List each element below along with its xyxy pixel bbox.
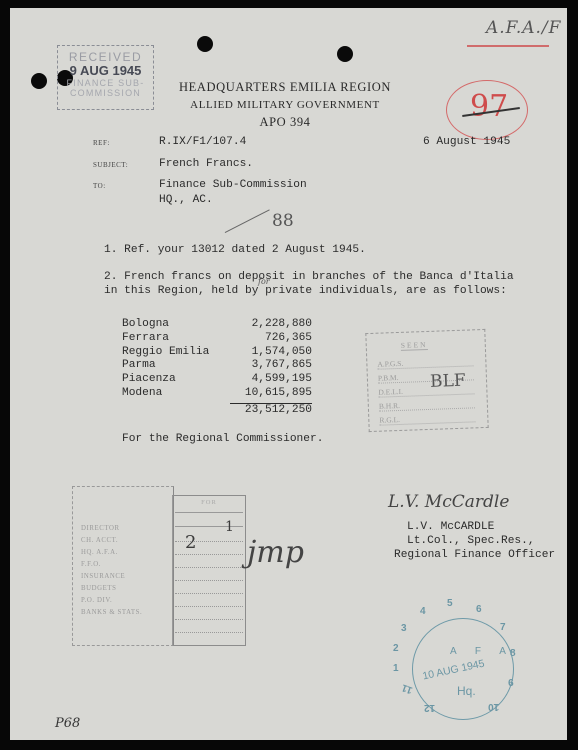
place: Modena [122,387,162,401]
routing-item: F.F.O. [81,561,101,568]
dial-number: 1 [393,663,399,674]
dial-number: 12 [424,702,435,713]
handwritten-correction: for [258,277,270,286]
table-row: Piacenza4,599,195 [122,373,312,387]
place: Ferrara [122,332,169,346]
rule [175,580,243,581]
seen-stamp-title: SEEN [401,340,428,351]
place: Bologna [122,318,169,332]
total-row: 23,512,250 [122,404,312,418]
place: Piacenza [122,373,176,387]
header-line-1: HEADQUARTERS EMILIA REGION [150,80,420,95]
handwritten-ref-number: 88 [272,211,294,231]
amount: 1,574,050 [252,346,312,360]
handwritten-signature: L.V. McCardle [388,492,509,512]
signature-block: L.V. McCARDLE Lt.Col., Spec.Res., Region… [394,520,555,562]
paragraph-2-line-2: in this Region, held by private individu… [104,285,507,297]
dial-number: 4 [420,606,426,617]
routing-item: DIRECTOR [81,525,120,532]
for-label: FOR [173,499,245,506]
circled-number: 97 [470,89,508,124]
amount: 4,599,195 [252,373,312,387]
amount: 2,228,880 [252,318,312,332]
pointer-line [225,209,270,233]
received-stamp-dept2: COMMISSION [58,88,153,98]
to-line-2: HQ., AC. [159,194,213,206]
table-row: Ferrara726,365 [122,332,312,346]
seen-stamp-item: R.G.L. [379,412,475,425]
rule [175,619,243,620]
amount: 3,767,865 [252,359,312,373]
received-stamp-date: 9 AUG 1945 [58,63,153,78]
signatory-name: L.V. McCARDLE [394,520,555,534]
rule [175,567,243,568]
to-label: TO: [93,182,106,190]
circular-stamp-place: Hq. [457,684,476,698]
punch-hole [337,46,353,62]
ref-label: REF: [93,139,110,147]
amount: 726,365 [265,332,312,346]
closing-line: For the Regional Commissioner. [122,433,323,445]
amount: 10,615,895 [245,387,312,401]
header-line-2: ALLIED MILITARY GOVERNMENT [150,99,420,111]
table-row: Bologna2,228,880 [122,318,312,332]
routing-item: BANKS & STATS. [81,609,142,616]
subject-label: SUBJECT: [93,161,128,169]
dial-number: 3 [401,623,407,634]
letter-date: 6 August 1945 [423,136,510,148]
paragraph-1: 1. Ref. your 13012 dated 2 August 1945. [104,244,366,256]
to-line-1: Finance Sub-Commission [159,179,307,191]
routing-initials: jmp [247,535,304,570]
received-stamp: RECEIVED 9 AUG 1945 FINANCE SUB- COMMISS… [57,45,154,110]
routing-item: HQ. A.F.A. [81,549,118,556]
seen-stamp-item: B.H.R. [379,398,475,411]
seen-stamp: SEEN A.P.G.S. P.B.M. D.E.L.I. B.H.R. R.G… [365,329,488,432]
dial-number: 2 [393,643,399,654]
pencil-note: P68 [55,716,80,731]
routing-item: CH. ACCT. [81,537,118,544]
table-row: Reggio Emilia1,574,050 [122,346,312,360]
red-underline [467,45,549,47]
routing-number: 1 [225,519,234,535]
routing-number: 2 [185,532,196,553]
seen-stamp-item: A.P.G.S. [377,356,473,369]
received-stamp-dept: FINANCE SUB- [58,78,153,88]
rule [175,512,243,513]
dial-number: 6 [476,604,482,615]
circular-stamp-org: A F A [450,646,514,657]
routing-for-column: FOR 2 1 [172,495,246,646]
dial-number: 7 [500,622,506,633]
rule [175,606,243,607]
routing-item: BUDGETS [81,585,117,592]
routing-item: P.O. DIV. [81,597,112,604]
rule [175,554,243,555]
received-stamp-label: RECEIVED [58,50,153,64]
total-amount: 23,512,250 [245,404,312,418]
routing-item: INSURANCE [81,573,125,580]
rule [175,593,243,594]
dial-number: 11 [400,682,414,696]
table-row: Parma3,767,865 [122,359,312,373]
signatory-rank: Lt.Col., Spec.Res., [394,534,555,548]
document-page: RECEIVED 9 AUG 1945 FINANCE SUB- COMMISS… [10,8,567,740]
punch-hole [31,73,47,89]
dial-number: 8 [510,648,516,659]
deposits-table: Bologna2,228,880 Ferrara726,365 Reggio E… [122,318,312,418]
place: Parma [122,359,156,373]
dial-number: 9 [508,676,514,687]
table-row: Modena10,615,895 [122,387,312,401]
ref-value: R.IX/F1/107.4 [159,136,246,148]
seen-stamp-initials: BLF [430,371,466,392]
handwritten-file-code: A.F.A./F [486,18,561,38]
subject-value: French Francs. [159,158,253,170]
paragraph-2-line-1: 2. French francs on deposit in branches … [104,271,514,283]
routing-stamp: DIRECTOR CH. ACCT. HQ. A.F.A. F.F.O. INS… [72,486,174,646]
punch-hole [197,36,213,52]
rule [175,632,243,633]
header-line-3: APO 394 [150,115,420,130]
signatory-title: Regional Finance Officer [394,548,555,562]
dial-number: 10 [488,701,499,712]
place: Reggio Emilia [122,346,209,360]
dial-number: 5 [447,598,453,609]
